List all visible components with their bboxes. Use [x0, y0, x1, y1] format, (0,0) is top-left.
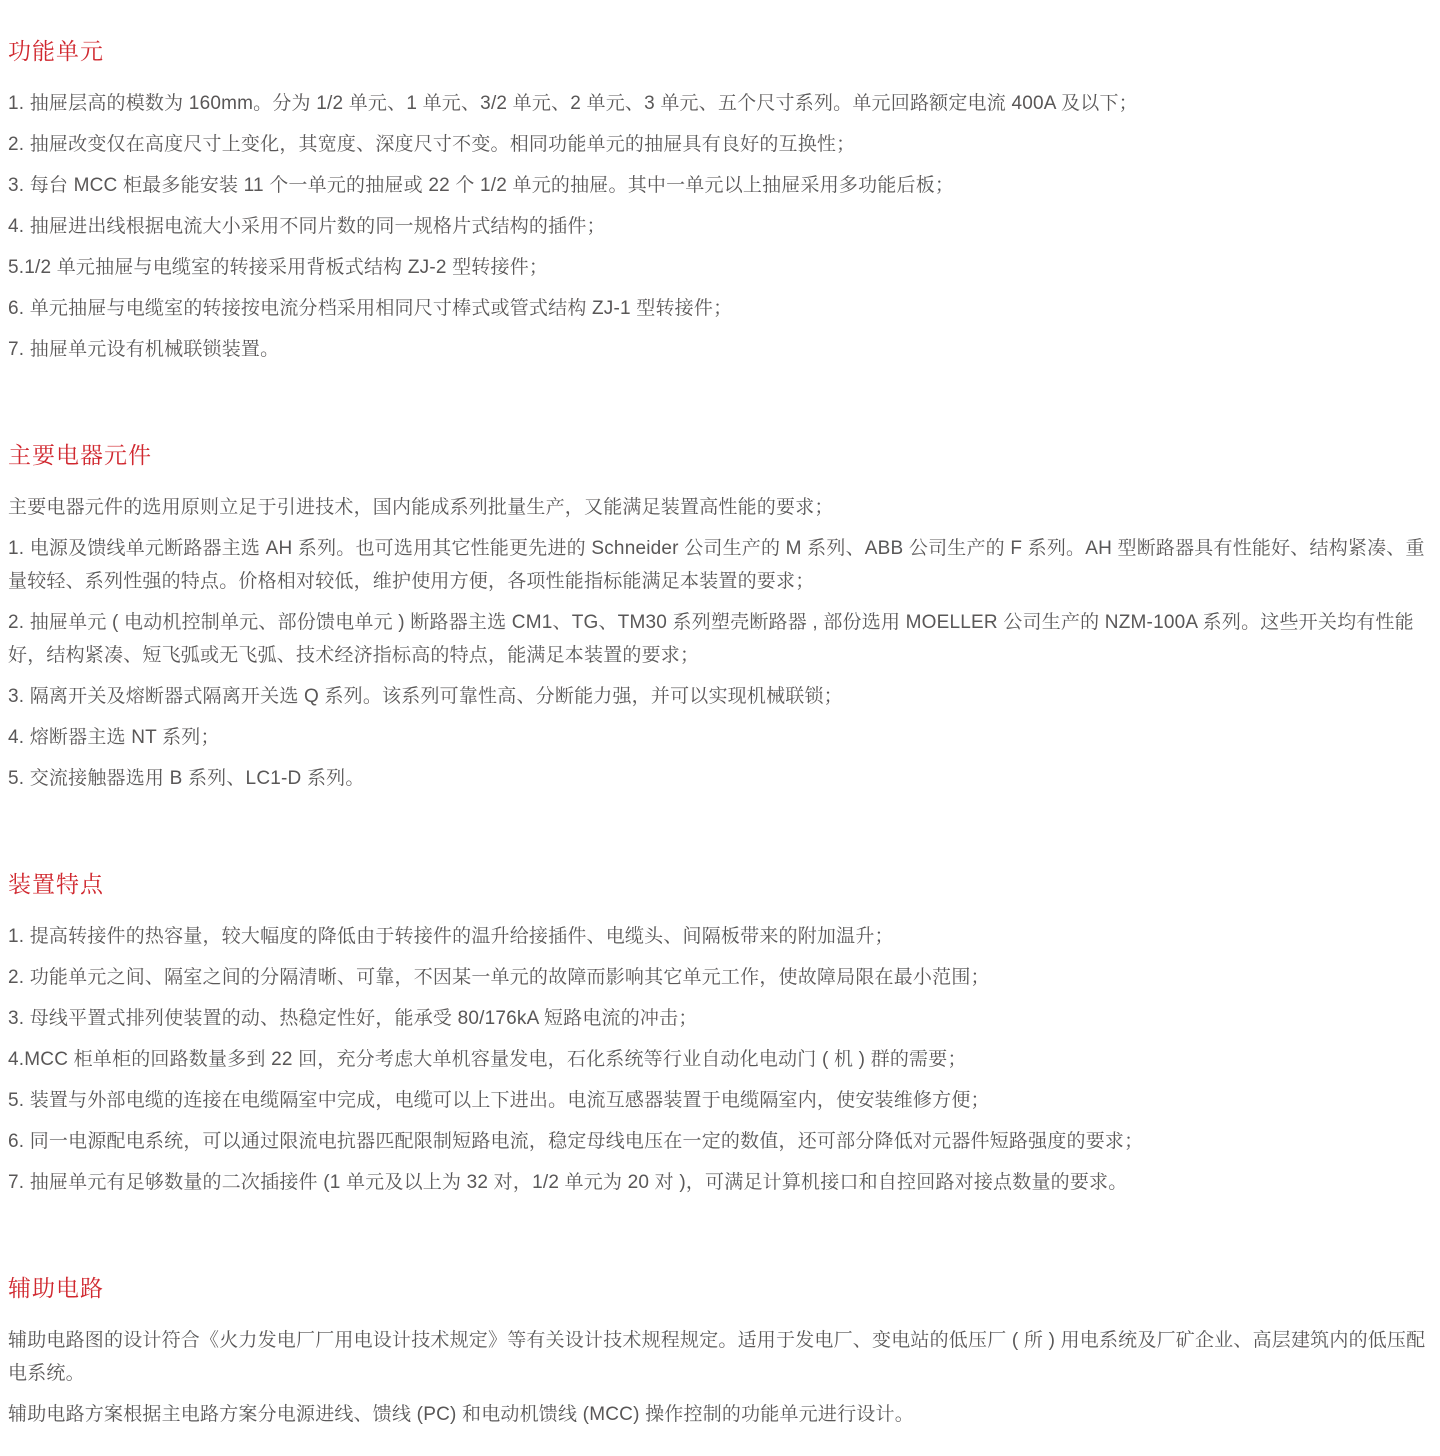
list-item: 4. 抽屉进出线根据电流大小采用不同片数的同一规格片式结构的插件； — [8, 210, 1428, 243]
list-item: 5. 交流接触器选用 B 系列、LC1-D 系列。 — [8, 762, 1428, 795]
list-item: 4.MCC 柜单柜的回路数量多到 22 回，充分考虑大单机容量发电，石化系统等行… — [8, 1043, 1428, 1076]
section-heading: 辅助电路 — [8, 1273, 1428, 1304]
document-body: 功能单元 1. 抽屉层高的模数为 160mm。分为 1/2 单元、1 单元、3/… — [8, 36, 1428, 1431]
list-item: 2. 抽屉单元 ( 电动机控制单元、部份馈电单元 ) 断路器主选 CM1、TG、… — [8, 606, 1428, 672]
list-item: 1. 抽屉层高的模数为 160mm。分为 1/2 单元、1 单元、3/2 单元、… — [8, 87, 1428, 120]
section-heading: 主要电器元件 — [8, 440, 1428, 471]
section-device-features: 装置特点 1. 提高转接件的热容量，较大幅度的降低由于转接件的温升给接插件、电缆… — [8, 869, 1428, 1199]
section-auxiliary-circuits: 辅助电路 辅助电路图的设计符合《火力发电厂厂用电设计技术规定》等有关设计技术规程… — [8, 1273, 1428, 1431]
section-functional-units: 功能单元 1. 抽屉层高的模数为 160mm。分为 1/2 单元、1 单元、3/… — [8, 36, 1428, 366]
list-item: 2. 功能单元之间、隔室之间的分隔清晰、可靠，不因某一单元的故障而影响其它单元工… — [8, 961, 1428, 994]
section-heading: 功能单元 — [8, 36, 1428, 67]
list-item: 1. 提高转接件的热容量，较大幅度的降低由于转接件的温升给接插件、电缆头、间隔板… — [8, 920, 1428, 953]
section-heading: 装置特点 — [8, 869, 1428, 900]
list-item: 6. 单元抽屉与电缆室的转接按电流分档采用相同尺寸棒式或管式结构 ZJ-1 型转… — [8, 292, 1428, 325]
list-item: 3. 母线平置式排列使装置的动、热稳定性好，能承受 80/176kA 短路电流的… — [8, 1002, 1428, 1035]
list-item: 2. 抽屉改变仅在高度尺寸上变化，其宽度、深度尺寸不变。相同功能单元的抽屉具有良… — [8, 128, 1428, 161]
section-main-electrical-components: 主要电器元件 主要电器元件的选用原则立足于引进技术，国内能成系列批量生产，又能满… — [8, 440, 1428, 795]
list-item: 3. 每台 MCC 柜最多能安装 11 个一单元的抽屉或 22 个 1/2 单元… — [8, 169, 1428, 202]
list-item: 7. 抽屉单元设有机械联锁装置。 — [8, 333, 1428, 366]
section-intro: 主要电器元件的选用原则立足于引进技术，国内能成系列批量生产，又能满足装置高性能的… — [8, 491, 1428, 524]
list-item: 4. 熔断器主选 NT 系列； — [8, 721, 1428, 754]
paragraph: 辅助电路方案根据主电路方案分电源进线、馈线 (PC) 和电动机馈线 (MCC) … — [8, 1398, 1428, 1431]
list-item: 5. 装置与外部电缆的连接在电缆隔室中完成，电缆可以上下进出。电流互感器装置于电… — [8, 1084, 1428, 1117]
list-item: 5.1/2 单元抽屉与电缆室的转接采用背板式结构 ZJ-2 型转接件； — [8, 251, 1428, 284]
list-item: 1. 电源及馈线单元断路器主选 AH 系列。也可选用其它性能更先进的 Schne… — [8, 532, 1428, 598]
list-item: 7. 抽屉单元有足够数量的二次插接件 (1 单元及以上为 32 对，1/2 单元… — [8, 1166, 1428, 1199]
list-item: 6. 同一电源配电系统，可以通过限流电抗器匹配限制短路电流，稳定母线电压在一定的… — [8, 1125, 1428, 1158]
list-item: 3. 隔离开关及熔断器式隔离开关选 Q 系列。该系列可靠性高、分断能力强，并可以… — [8, 680, 1428, 713]
paragraph: 辅助电路图的设计符合《火力发电厂厂用电设计技术规定》等有关设计技术规程规定。适用… — [8, 1324, 1428, 1390]
